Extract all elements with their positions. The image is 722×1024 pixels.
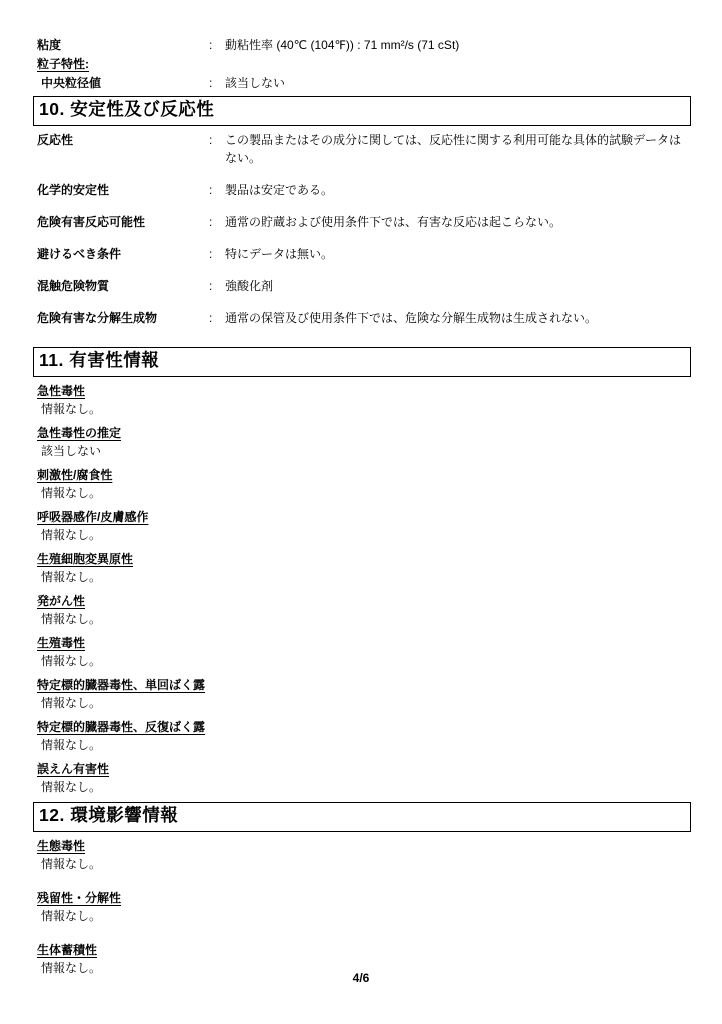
hazard-subsection-body: 情報なし。 bbox=[37, 778, 688, 796]
property-value: 該当しない bbox=[225, 74, 688, 93]
colon: : bbox=[209, 245, 225, 263]
property-value: 動粘性率 (40℃ (104℉)) : 71 mm²/s (71 cSt) bbox=[225, 36, 688, 55]
hazard-subsection-heading: 発がん性 bbox=[37, 592, 85, 610]
hazard-subsection-stot-single: 特定標的臓器毒性、単回ばく露 情報なし。 bbox=[37, 676, 688, 712]
colon: : bbox=[209, 309, 225, 327]
section-title: 11. 有害性情報 bbox=[39, 349, 684, 372]
hazard-subsection-acute-toxicity: 急性毒性 情報なし。 bbox=[37, 382, 688, 418]
section-11-body: 急性毒性 情報なし。 急性毒性の推定 該当しない 刺激性/腐食性 情報なし。 呼… bbox=[37, 382, 688, 796]
physical-properties-section: 粘度 : 動粘性率 (40℃ (104℉)) : 71 mm²/s (71 cS… bbox=[37, 36, 688, 93]
hazard-subsection-body: 情報なし。 bbox=[37, 610, 688, 628]
property-row-reactivity: 反応性 : この製品またはその成分に関しては、反応性に関する利用可能な具体的試験… bbox=[37, 131, 688, 167]
eco-subsection-persistence-degradability: 残留性・分解性 情報なし。 bbox=[37, 889, 688, 925]
hazard-subsection-heading: 呼吸器感作/皮膚感作 bbox=[37, 508, 148, 526]
section-12-body: 生態毒性 情報なし。 残留性・分解性 情報なし。 生体蓄積性 情報なし。 bbox=[37, 837, 688, 977]
eco-subsection-ecotoxicity: 生態毒性 情報なし。 bbox=[37, 837, 688, 873]
property-value: 強酸化剤 bbox=[225, 277, 688, 295]
hazard-subsection-stot-repeated: 特定標的臓器毒性、反復ばく露 情報なし。 bbox=[37, 718, 688, 754]
hazard-subsection-body: 該当しない bbox=[37, 442, 688, 460]
hazard-subsection-body: 情報なし。 bbox=[37, 400, 688, 418]
colon: : bbox=[209, 277, 225, 295]
colon: : bbox=[209, 74, 225, 93]
hazard-subsection-aspiration-hazard: 誤えん有害性 情報なし。 bbox=[37, 760, 688, 796]
colon: : bbox=[209, 36, 225, 55]
eco-subsection-heading: 生体蓄積性 bbox=[37, 941, 97, 959]
hazard-subsection-body: 情報なし。 bbox=[37, 694, 688, 712]
property-label: 粘度 bbox=[37, 36, 209, 55]
section-10-header: 10. 安定性及び反応性 bbox=[33, 96, 691, 126]
property-label: 避けるべき条件 bbox=[37, 245, 209, 263]
property-row-median-particle: 中央粒径値 : 該当しない bbox=[37, 74, 688, 93]
hazard-subsection-carcinogenicity: 発がん性 情報なし。 bbox=[37, 592, 688, 628]
hazard-subsection-body: 情報なし。 bbox=[37, 736, 688, 754]
hazard-subsection-sensitization: 呼吸器感作/皮膚感作 情報なし。 bbox=[37, 508, 688, 544]
property-value: 製品は安定である。 bbox=[225, 181, 688, 199]
hazard-subsection-heading: 急性毒性の推定 bbox=[37, 424, 121, 442]
page-number: 4/6 bbox=[0, 969, 722, 987]
hazard-subsection-reproductive-toxicity: 生殖毒性 情報なし。 bbox=[37, 634, 688, 670]
section-title: 10. 安定性及び反応性 bbox=[39, 98, 684, 121]
eco-subsection-heading: 残留性・分解性 bbox=[37, 889, 121, 907]
hazard-subsection-heading: 誤えん有害性 bbox=[37, 760, 109, 778]
hazard-subsection-heading: 生殖細胞変異原性 bbox=[37, 550, 133, 568]
hazard-subsection-body: 情報なし。 bbox=[37, 652, 688, 670]
property-label: 危険有害反応可能性 bbox=[37, 213, 209, 231]
property-value: 通常の貯蔵および使用条件下では、有害な反応は起こらない。 bbox=[225, 213, 688, 231]
property-label: 混触危険物質 bbox=[37, 277, 209, 295]
hazard-subsection-irritation-corrosion: 刺激性/腐食性 情報なし。 bbox=[37, 466, 688, 502]
hazard-subsection-heading: 特定標的臓器毒性、単回ばく露 bbox=[37, 676, 205, 694]
property-value: 通常の保管及び使用条件下では、危険な分解生成物は生成されない。 bbox=[225, 309, 688, 327]
eco-subsection-body: 情報なし。 bbox=[37, 855, 688, 873]
section-title: 12. 環境影響情報 bbox=[39, 804, 684, 827]
property-label: 危険有害な分解生成物 bbox=[37, 309, 209, 327]
hazard-subsection-body: 情報なし。 bbox=[37, 526, 688, 544]
property-row-incompatible-materials: 混触危険物質 : 強酸化剤 bbox=[37, 277, 688, 295]
property-row-conditions-to-avoid: 避けるべき条件 : 特にデータは無い。 bbox=[37, 245, 688, 263]
section-12-header: 12. 環境影響情報 bbox=[33, 802, 691, 832]
particle-characteristics-heading: 粒子特性: bbox=[37, 57, 89, 71]
property-value: 特にデータは無い。 bbox=[225, 245, 688, 263]
section-10-body: 反応性 : この製品またはその成分に関しては、反応性に関する利用可能な具体的試験… bbox=[37, 131, 688, 327]
eco-subsection-heading: 生態毒性 bbox=[37, 837, 85, 855]
hazard-subsection-germ-cell-mutagenicity: 生殖細胞変異原性 情報なし。 bbox=[37, 550, 688, 586]
property-row-chemical-stability: 化学的安定性 : 製品は安定である。 bbox=[37, 181, 688, 199]
colon: : bbox=[209, 181, 225, 199]
hazard-subsection-heading: 特定標的臓器毒性、反復ばく露 bbox=[37, 718, 205, 736]
hazard-subsection-body: 情報なし。 bbox=[37, 568, 688, 586]
property-row-decomposition-products: 危険有害な分解生成物 : 通常の保管及び使用条件下では、危険な分解生成物は生成さ… bbox=[37, 309, 688, 327]
property-label: 中央粒径値 bbox=[41, 74, 209, 93]
property-label: 化学的安定性 bbox=[37, 181, 209, 199]
colon: : bbox=[209, 131, 225, 149]
hazard-subsection-acute-toxicity-estimate: 急性毒性の推定 該当しない bbox=[37, 424, 688, 460]
eco-subsection-body: 情報なし。 bbox=[37, 907, 688, 925]
property-value: この製品またはその成分に関しては、反応性に関する利用可能な具体的試験データはない… bbox=[225, 131, 688, 167]
particle-characteristics-heading-row: 粒子特性: bbox=[37, 55, 688, 74]
hazard-subsection-heading: 急性毒性 bbox=[37, 382, 85, 400]
section-11-header: 11. 有害性情報 bbox=[33, 347, 691, 377]
colon: : bbox=[209, 213, 225, 231]
sds-page: 粘度 : 動粘性率 (40℃ (104℉)) : 71 mm²/s (71 cS… bbox=[0, 0, 722, 1024]
property-label: 反応性 bbox=[37, 131, 209, 149]
hazard-subsection-heading: 生殖毒性 bbox=[37, 634, 85, 652]
hazard-subsection-body: 情報なし。 bbox=[37, 484, 688, 502]
hazard-subsection-heading: 刺激性/腐食性 bbox=[37, 466, 112, 484]
property-row-viscosity: 粘度 : 動粘性率 (40℃ (104℉)) : 71 mm²/s (71 cS… bbox=[37, 36, 688, 55]
property-row-hazardous-reactions: 危険有害反応可能性 : 通常の貯蔵および使用条件下では、有害な反応は起こらない。 bbox=[37, 213, 688, 231]
